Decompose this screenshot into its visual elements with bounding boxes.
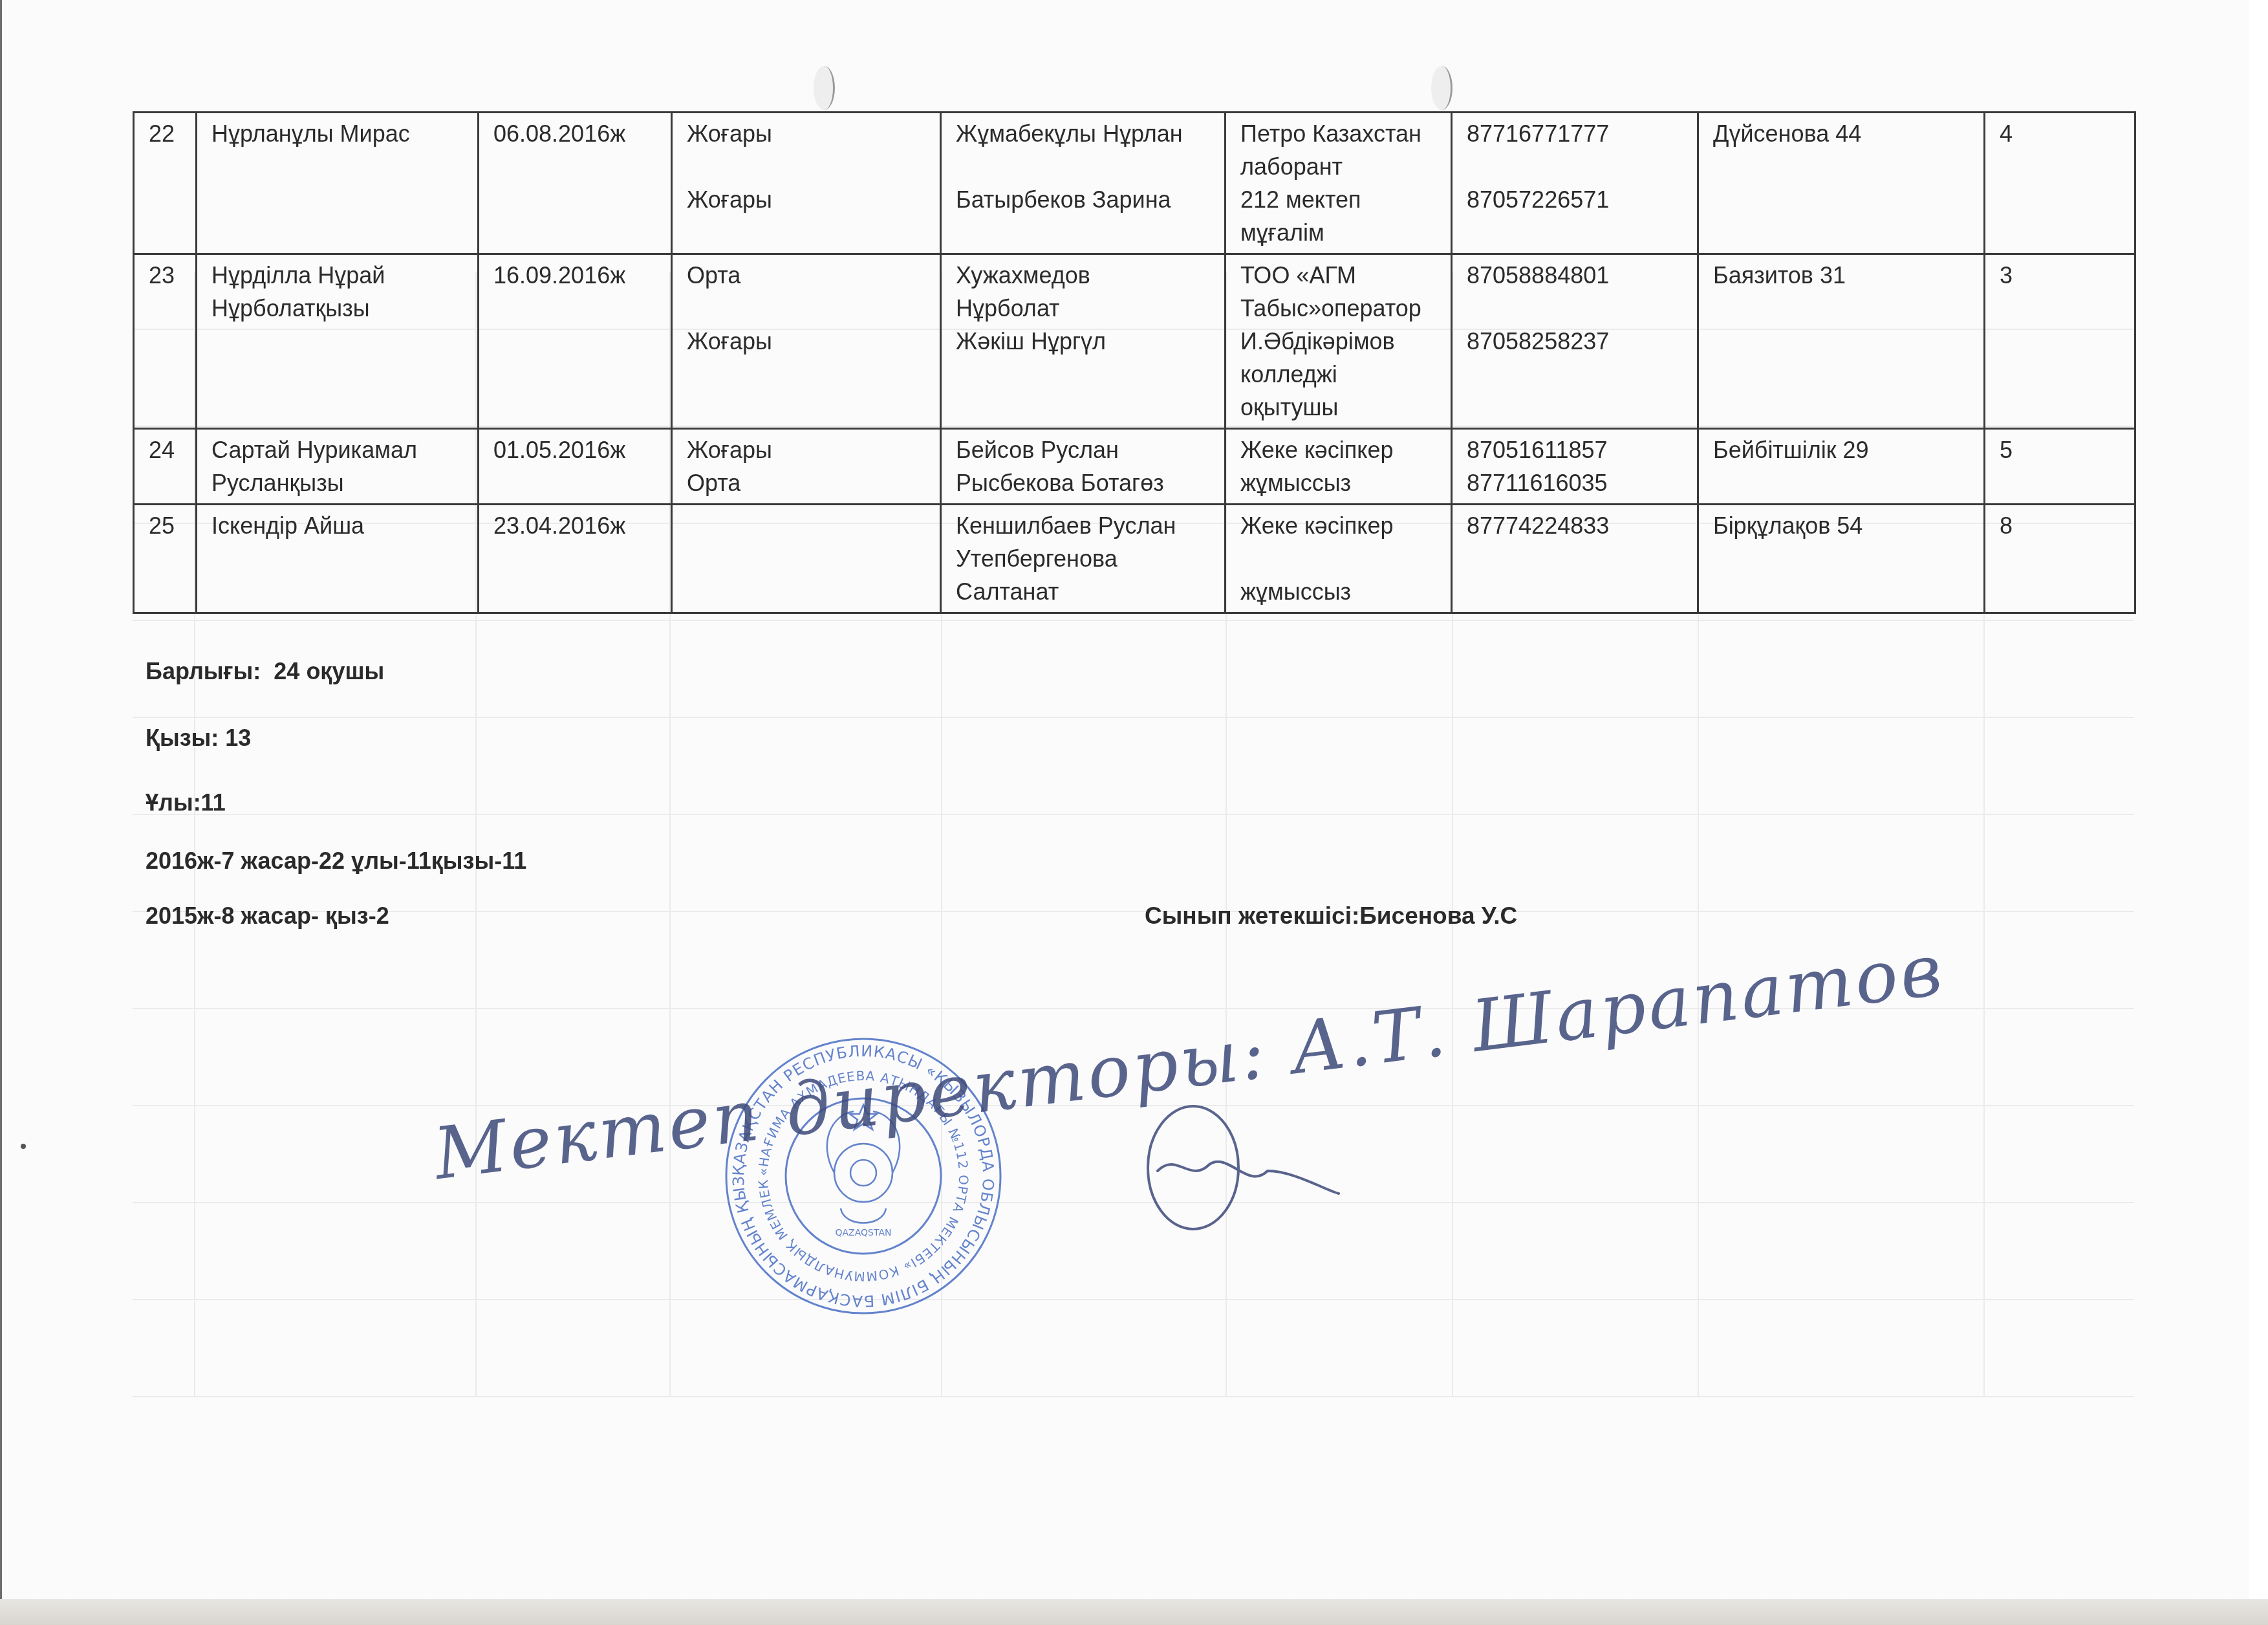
education-line: Жоғары bbox=[687, 325, 928, 358]
education-line bbox=[687, 150, 928, 183]
cell-phones: 8705161185787711616035 bbox=[1452, 429, 1698, 505]
workplace-line: жұмыссыз bbox=[1240, 466, 1439, 499]
phones-line: 87774224833 bbox=[1467, 509, 1685, 542]
education-line: Орта bbox=[687, 466, 928, 499]
cell-workplace: ТОО «АГМТабыс»операторИ.Әбдікәрімовколле… bbox=[1226, 254, 1452, 429]
cell-student: Іскендір Айша bbox=[197, 505, 479, 613]
workplace-line: Жеке кәсіпкер bbox=[1240, 509, 1439, 542]
summary-boys: Ұлы:11 bbox=[146, 789, 226, 816]
cell-parents: Жұмабекұлы НұрланБатырбеков Зарина bbox=[941, 113, 1226, 254]
education-line: Жоғары bbox=[687, 117, 928, 150]
education-line bbox=[687, 509, 928, 542]
phones-line: 87057226571 bbox=[1467, 183, 1685, 216]
student-line: Нұрланұлы Мирас bbox=[211, 117, 466, 150]
parents-line: Кеншилбаев Руслан bbox=[956, 509, 1213, 542]
cell-no: 22 bbox=[134, 113, 197, 254]
phones-line: 87711616035 bbox=[1467, 466, 1685, 499]
parents-line: Нұрболат bbox=[956, 292, 1213, 325]
workplace-line: мұғалім bbox=[1240, 216, 1439, 249]
cell-parents: Кеншилбаев РусланУтепбергеноваСалтанат bbox=[941, 505, 1226, 613]
cell-birth-date: 16.09.2016ж bbox=[479, 254, 672, 429]
cell-family-size: 3 bbox=[1985, 254, 2135, 429]
workplace-line: И.Әбдікәрімов bbox=[1240, 325, 1439, 358]
summary-girls: Қызы: 13 bbox=[146, 725, 251, 752]
workplace-line: Петро Казахстан bbox=[1240, 117, 1439, 150]
punch-hole-right bbox=[1431, 66, 1453, 110]
parents-line: Жұмабекұлы Нұрлан bbox=[956, 117, 1213, 150]
cell-student: Нұрланұлы Мирас bbox=[197, 113, 479, 254]
cell-parents: Бейсов РусланРысбекова Ботагөз bbox=[941, 429, 1226, 505]
education-line: Орта bbox=[687, 259, 928, 292]
workplace-line bbox=[1240, 542, 1439, 575]
table-row: 24Сартай НурикамалРусланқызы01.05.2016жЖ… bbox=[134, 429, 2135, 505]
cell-birth-date: 23.04.2016ж bbox=[479, 505, 672, 613]
workplace-line: Табыс»оператор bbox=[1240, 292, 1439, 325]
cell-no: 24 bbox=[134, 429, 197, 505]
parents-line: Бейсов Руслан bbox=[956, 433, 1213, 466]
class-teacher: Сынып жетекшісі:Бисенова У.С bbox=[1145, 902, 1517, 930]
cell-student: Сартай НурикамалРусланқызы bbox=[197, 429, 479, 505]
parents-line bbox=[956, 150, 1213, 183]
cell-address: Баязитов 31 bbox=[1698, 254, 1985, 429]
education-line: Жоғары bbox=[687, 183, 928, 216]
student-line: Нұрболатқызы bbox=[211, 292, 466, 325]
cell-address: Бірқұлақов 54 bbox=[1698, 505, 1985, 613]
cell-no: 23 bbox=[134, 254, 197, 429]
phones-line: 87716771777 bbox=[1467, 117, 1685, 150]
summary-total: Барлығы: 24 оқушы bbox=[146, 658, 384, 685]
parents-line: Утепбергенова bbox=[956, 542, 1213, 575]
punch-hole-left bbox=[814, 66, 835, 110]
phones-line: 87058884801 bbox=[1467, 259, 1685, 292]
phones-line: 87058258237 bbox=[1467, 325, 1685, 358]
student-line: Нұрділла Нұрай bbox=[211, 259, 466, 292]
education-line: Жоғары bbox=[687, 433, 928, 466]
summary-born-2016: 2016ж-7 жасар-22 ұлы-11қызы-11 bbox=[146, 847, 526, 875]
cell-family-size: 8 bbox=[1985, 505, 2135, 613]
cell-workplace: Жеке кәсіпкержұмыссыз bbox=[1226, 505, 1452, 613]
student-roster-table: 22Нұрланұлы Мирас06.08.2016жЖоғарыЖоғары… bbox=[133, 111, 2136, 614]
cell-workplace: Жеке кәсіпкержұмыссыз bbox=[1226, 429, 1452, 505]
parents-line: Жәкіш Нұргүл bbox=[956, 325, 1213, 358]
cell-family-size: 5 bbox=[1985, 429, 2135, 505]
workplace-line: 212 мектеп bbox=[1240, 183, 1439, 216]
student-line: Іскендір Айша bbox=[211, 509, 466, 542]
workplace-line: оқытушы bbox=[1240, 391, 1439, 424]
cell-workplace: Петро Казахстанлаборант212 мектепмұғалім bbox=[1226, 113, 1452, 254]
cell-phones: 8771677177787057226571 bbox=[1452, 113, 1698, 254]
education-line bbox=[687, 292, 928, 325]
cell-student: Нұрділла НұрайНұрболатқызы bbox=[197, 254, 479, 429]
parents-line: Рысбекова Ботагөз bbox=[956, 466, 1213, 499]
parents-line: Салтанат bbox=[956, 575, 1213, 608]
phones-line: 87051611857 bbox=[1467, 433, 1685, 466]
workplace-line: ТОО «АГМ bbox=[1240, 259, 1439, 292]
workplace-line: лаборант bbox=[1240, 150, 1439, 183]
table-row: 25Іскендір Айша23.04.2016жКеншилбаев Рус… bbox=[134, 505, 2135, 613]
cell-parents: ХужахмедовНұрболатЖәкіш Нұргүл bbox=[941, 254, 1226, 429]
table-row: 22Нұрланұлы Мирас06.08.2016жЖоғарыЖоғары… bbox=[134, 113, 2135, 254]
workplace-line: Жеке кәсіпкер bbox=[1240, 433, 1439, 466]
student-line: Сартай Нурикамал bbox=[211, 433, 466, 466]
cell-family-size: 4 bbox=[1985, 113, 2135, 254]
student-line: Русланқызы bbox=[211, 466, 466, 499]
cell-address: Дүйсенова 44 bbox=[1698, 113, 1985, 254]
workplace-line: колледжі bbox=[1240, 358, 1439, 391]
parents-line: Батырбеков Зарина bbox=[956, 183, 1213, 216]
cell-phones: 87774224833 bbox=[1452, 505, 1698, 613]
cell-address: Бейбітшілік 29 bbox=[1698, 429, 1985, 505]
scanner-edge bbox=[0, 1599, 2268, 1625]
cell-education bbox=[672, 505, 941, 613]
summary-born-2015: 2015ж-8 жасар- қыз-2 bbox=[146, 902, 389, 930]
cell-education: ЖоғарыЖоғары bbox=[672, 113, 941, 254]
cell-no: 25 bbox=[134, 505, 197, 613]
cell-birth-date: 06.08.2016ж bbox=[479, 113, 672, 254]
cell-education: ОртаЖоғары bbox=[672, 254, 941, 429]
cell-phones: 8705888480187058258237 bbox=[1452, 254, 1698, 429]
table-row: 23Нұрділла НұрайНұрболатқызы16.09.2016жО… bbox=[134, 254, 2135, 429]
scan-speck bbox=[21, 1144, 26, 1149]
cell-education: ЖоғарыОрта bbox=[672, 429, 941, 505]
phones-line bbox=[1467, 150, 1685, 183]
workplace-line: жұмыссыз bbox=[1240, 575, 1439, 608]
phones-line bbox=[1467, 292, 1685, 325]
parents-line: Хужахмедов bbox=[956, 259, 1213, 292]
cell-birth-date: 01.05.2016ж bbox=[479, 429, 672, 505]
